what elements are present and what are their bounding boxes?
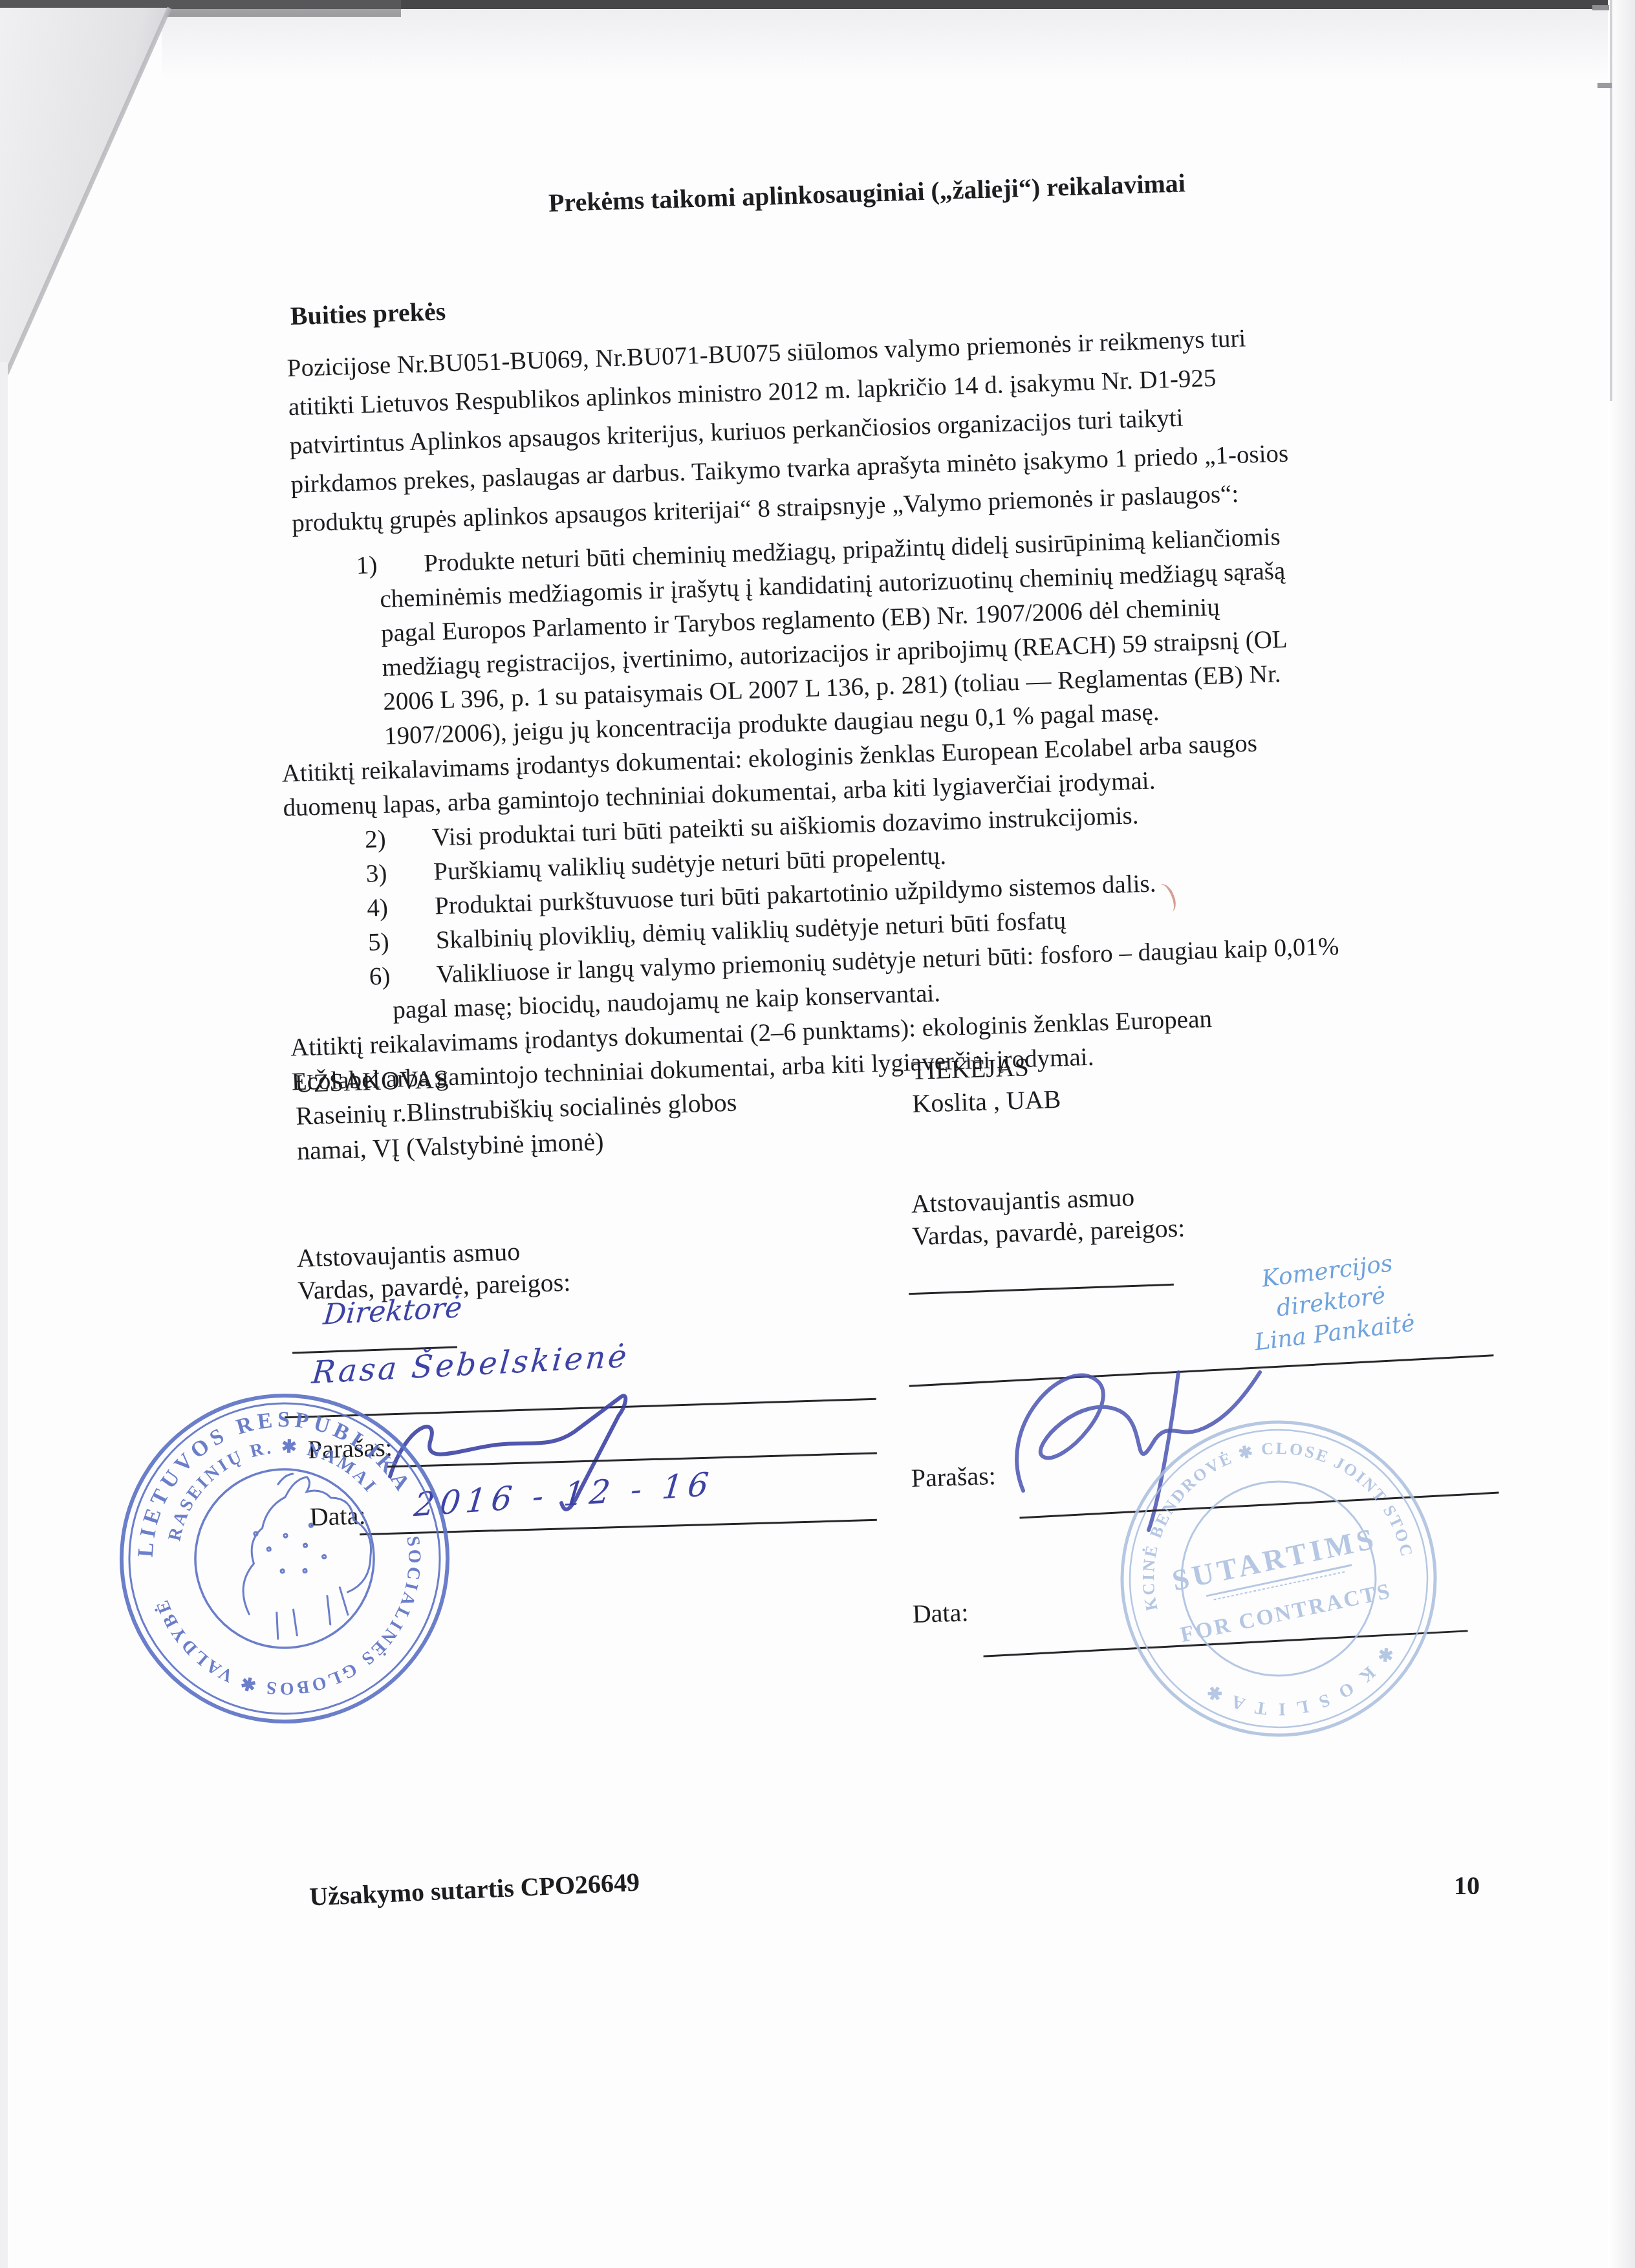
item-number: 2)	[364, 821, 427, 857]
scan-right-edge-line	[1610, 0, 1612, 401]
tiekejas-name: Koslita , UAB	[911, 1081, 1061, 1122]
uzsakovas-block: UŽSAKOVAS Raseinių r.Blinstrubiškių soci…	[294, 1055, 739, 1169]
svg-text:✱ K O S L I T A ✱: ✱ K O S L I T A ✱	[1198, 1639, 1406, 1737]
stamp-center-text: SUTARTIMS	[1169, 1522, 1380, 1597]
scan-left-edge	[0, 362, 8, 2268]
item-number: 3)	[365, 855, 428, 891]
item-number: 5)	[367, 923, 430, 960]
scan-right-mark	[1597, 83, 1612, 88]
scan-right-mark	[1592, 5, 1609, 10]
page-title: Prekėms taikomi aplinkosauginiai („žalie…	[285, 157, 1449, 228]
item-number: 1)	[356, 546, 418, 583]
tiekejas-title: TIEKĖJAS	[911, 1051, 1060, 1086]
scan-corner-fold	[0, 0, 194, 388]
section-heading: Buities prekės	[290, 294, 446, 333]
tiekejas-block: TIEKĖJAS Koslita , UAB	[911, 1051, 1061, 1122]
stamp-ring-text: ✱ K O S L I T A ✱	[1198, 1639, 1406, 1737]
blank-line-right-short	[909, 1284, 1174, 1295]
scan-top-shadow	[162, 9, 1635, 80]
scanned-contract-page: Prekėms taikomi aplinkosauginiai („žalie…	[0, 0, 1635, 2268]
tiekejas-round-stamp: UŽDAROJI AKCINĖ BENDROVĖ ✱ CLOSE JOINT S…	[1083, 1383, 1475, 1775]
data-label-right: Data:	[912, 1597, 969, 1629]
item-number: 4)	[367, 889, 429, 925]
stamp-ring-text: SOCIALINĖS GLOBOS ✱ VALDYBĖ	[151, 1533, 454, 1728]
handwritten-position: Direktorė	[322, 1291, 464, 1332]
footer-page-number: 10	[1454, 1870, 1480, 1901]
intro-paragraph: Pozicijose Nr.BU051-BU069, Nr.BU071-BU07…	[287, 312, 1476, 543]
tiekejas-rep-block: Atstovaujantis asmuo Vardas, pavardė, pa…	[911, 1180, 1186, 1254]
item-number: 6)	[369, 958, 431, 994]
svg-text:SOCIALINĖS GLOBOS ✱ VALDYBĖ: SOCIALINĖS GLOBOS ✱ VALDYBĖ	[151, 1533, 454, 1728]
criteria-list: 1) Produkte neturi būti cheminių medžiag…	[275, 513, 1508, 1099]
footer-doc-ref: Užsakymo sutartis CPO26649	[309, 1866, 640, 1912]
